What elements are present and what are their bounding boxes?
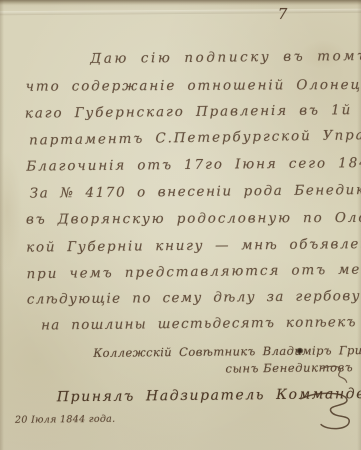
manuscript-line: въ Дворянскую родословную по Олонец-: [26, 210, 361, 228]
manuscript-line: на пошлины шестьдесятъ копѣекъ серебромъ…: [41, 313, 361, 333]
manuscript-line: каго Губернскаго Правленія въ 1й Де-: [25, 102, 361, 122]
manuscript-line: За № 4170 о внесеніи рода Бенедиктовыхъ: [30, 181, 361, 201]
date-line: 20 Іюля 1844 года.: [15, 414, 116, 426]
manuscript-line: Даю сію подписку въ томъ,: [90, 48, 361, 67]
manuscript-line: партаментъ С.Петербургской Управы: [29, 127, 361, 149]
manuscript-line: при чемъ представляются отъ меня и: [26, 261, 361, 282]
signature-flourish-icon: [297, 390, 355, 433]
page-number: 7: [278, 5, 289, 23]
ink-blot: [296, 348, 303, 354]
signature-line-rank-name: Коллежскій Совѣтникъ Владиміръ Григорьев…: [93, 343, 361, 360]
signature-flourish-icon: [319, 364, 349, 386]
manuscript-line: что содержаніе отношеній Олонец-: [26, 77, 361, 95]
manuscript-photo: 7 Даю сію подписку въ томъ, что содержан…: [0, 0, 361, 450]
manuscript-line: кой Губерніи книгу — мнѣ объявлено,: [26, 236, 361, 256]
manuscript-line: Благочинія отъ 17го Іюня сего 1844го год…: [26, 154, 361, 174]
manuscript-text-block: 7 Даю сію подписку въ томъ, что содержан…: [0, 0, 361, 450]
manuscript-line: слѣдующіе по сему дѣлу за гербовую бумаг…: [27, 287, 361, 307]
